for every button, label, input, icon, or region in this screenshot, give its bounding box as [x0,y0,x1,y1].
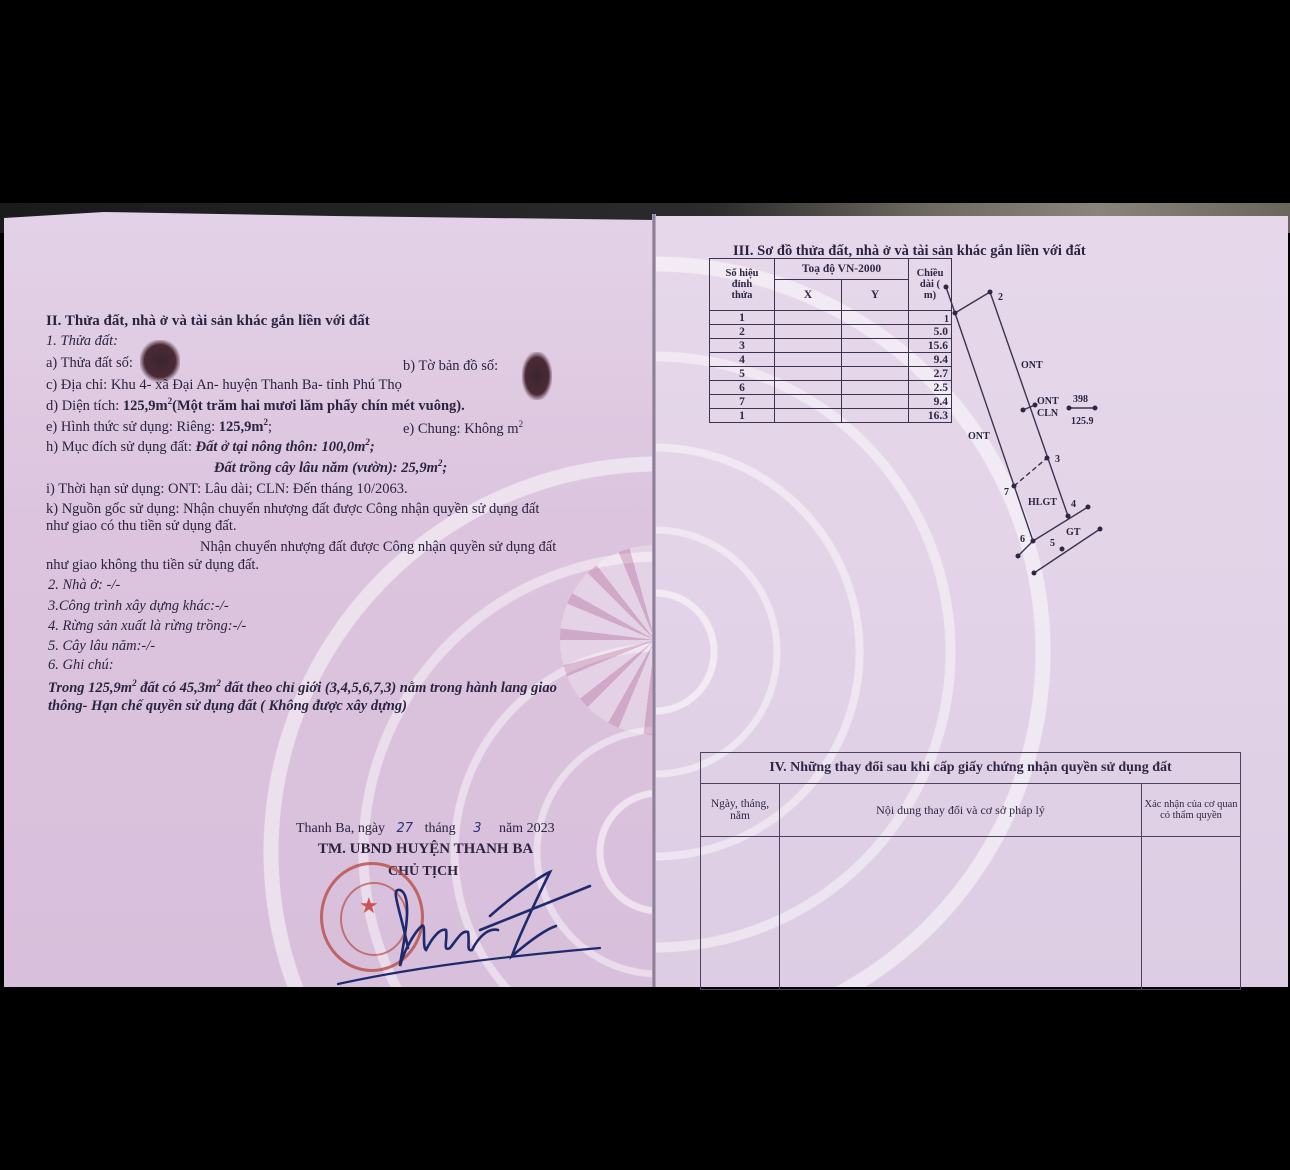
place-date-prefix: Thanh Ba, ngày [296,821,385,836]
coordinate-cell-y [842,311,909,325]
map-sheet-label: b) Tờ bản đồ số: [403,357,498,375]
issue-day: 27 [397,821,414,836]
coordinate-row: 25.0 [710,325,952,339]
coordinate-cell-point: 4 [710,353,775,367]
header-x: X [775,280,842,311]
usage-form-value: 125,9m [219,419,264,435]
month-label: tháng [425,821,456,836]
coordinate-cell-point: 1 [710,311,775,325]
origin-line-4: như giao không thu tiền sử dụng đất. [46,556,259,574]
coordinate-table: Số hiệu đỉnh thửa Toạ độ VN-2000 Chiều d… [709,258,952,423]
coordinate-cell-point: 6 [710,381,775,395]
coordinate-cell-x [775,381,842,395]
perennial-tree-item: 5. Cây lâu năm:-/- [48,637,155,655]
subsection-land-parcel: 1. Thửa đất: [46,332,118,350]
note-text: đất theo chỉ giới (3,4,5,6,7,3) nằm tron… [221,680,557,696]
coordinate-cell-x [775,325,842,339]
signature [330,868,610,988]
label-hlgt: HLGT [1028,494,1057,512]
origin-line-3: Nhận chuyển nhượng đất được Công nhận qu… [200,538,556,556]
parcel-number-label: a) Thửa đất số: [46,354,133,372]
coordinate-cell-point: 7 [710,395,775,409]
coordinate-row: 315.6 [710,339,952,353]
coordinate-row: 79.4 [710,395,952,409]
term-line: i) Thời hạn sử dụng: ONT: Lâu dài; CLN: … [46,480,408,498]
changes-cell-confirm [1142,837,1241,990]
coordinate-cell-x [775,395,842,409]
label-cln: CLN [1037,405,1058,423]
coordinate-cell-y [842,381,909,395]
forest-item: 4. Rừng sản xuất là rừng trồng:-/- [48,617,246,635]
coordinate-cell-point: 3 [710,339,775,353]
col-date-header: Ngày, tháng, năm [701,784,780,837]
purpose-perennial: Đất trồng cây lâu năm (vườn): 25,9m2; [214,459,447,477]
place-date: Thanh Ba, ngày 27 tháng 3 năm 2023 [296,820,555,838]
address-line: c) Địa chỉ: Khu 4- xã Đại An- huyện Than… [46,376,402,394]
area-label: d) Diện tích: [46,398,123,414]
coordinate-cell-point: 5 [710,367,775,381]
house-item: 2. Nhà ở: -/- [48,576,120,594]
coordinate-cell-x [775,311,842,325]
vertex-7-label: 7 [1004,484,1009,502]
coordinate-cell-point: 1 [710,409,775,423]
coordinate-cell-y [842,395,909,409]
col-confirm-header: Xác nhận của cơ quan có thẩm quyền [1142,784,1241,837]
purpose-line: h) Mục đích sử dụng đất: Đất ở tại nông … [46,438,375,456]
label-gt: GT [1066,524,1080,542]
note-line-1: Trong 125,9m2 đất có 45,3m2 đất theo chỉ… [48,679,557,697]
header-coords: Toạ độ VN-2000 [775,259,909,280]
vertex-1-label: 1 [944,311,949,329]
coordinate-cell-y [842,353,909,367]
section-ii-title: II. Thửa đất, nhà ở và tài sản khác gắn … [46,312,370,330]
parcel-diagram [930,275,1130,585]
coordinate-row: 1 [710,311,952,325]
coordinate-cell-y [842,325,909,339]
coordinate-cell-x [775,367,842,381]
changes-table-title: IV. Những thay đổi sau khi cấp giấy chứn… [701,753,1241,784]
changes-cell-date [701,837,780,990]
issuing-authority: TM. UBND HUYỆN THANH BA [318,840,533,858]
punct: ; [442,460,447,476]
issue-year: năm 2023 [499,821,555,836]
page-fold [652,214,656,987]
superscript: 2 [519,419,524,429]
vertex-6-label: 6 [1020,531,1025,549]
coordinate-row: 52.7 [710,367,952,381]
area-value: 125,9m [123,398,168,414]
note-line-2: thông- Hạn chế quyền sử dụng đất ( Không… [48,697,407,715]
coordinate-cell-x [775,353,842,367]
purpose-perennial-text: Đất trồng cây lâu năm (vườn): 25,9m [214,460,438,476]
punct: ; [370,439,375,455]
purpose-label: h) Mục đích sử dụng đất: [46,439,196,455]
notes-item: 6. Ghi chú: [48,656,114,674]
usage-form-label: e) Hình thức sử dụng: Riêng: [46,419,219,435]
changes-cell-content [780,837,1142,990]
label-ont-left: ONT [968,428,990,446]
coordinate-cell-y [842,409,909,423]
note-text: Trong 125,9m [48,680,132,696]
changes-table: IV. Những thay đổi sau khi cấp giấy chứn… [700,752,1241,990]
area-in-words: (Một trăm hai mươi lăm phẩy chín mét vuô… [172,398,465,414]
area-line: d) Diện tích: 125,9m2(Một trăm hai mươi … [46,397,465,415]
coordinate-row: 49.4 [710,353,952,367]
col-content-header: Nội dung thay đổi và cơ sở pháp lý [780,784,1142,837]
vertex-4-label: 4 [1071,496,1076,514]
coordinate-cell-point: 2 [710,325,775,339]
vertex-3-label: 3 [1055,451,1060,469]
origin-line-2: như giao có thu tiền sử dụng đất. [46,517,237,535]
coordinate-cell-x [775,409,842,423]
coordinate-cell-x [775,339,842,353]
usage-form-line: e) Hình thức sử dụng: Riêng: 125,9m2; [46,418,272,436]
header-vertex-id: Số hiệu đỉnh thửa [710,259,775,311]
other-construction-item: 3.Công trình xây dựng khác:-/- [48,597,229,615]
origin-line-1: k) Nguồn gốc sử dụng: Nhận chuyển nhượng… [46,500,539,518]
vertex-2-label: 2 [998,289,1003,307]
label-parcel-number: 398 [1073,391,1088,409]
coordinate-row: 116.3 [710,409,952,423]
common-usage: e) Chung: Không m2 [403,420,523,438]
vertex-5-label: 5 [1050,535,1055,553]
punct: ; [268,419,272,435]
issue-month: 3 [473,821,481,836]
label-ont-right: ONT [1021,357,1043,375]
label-parcel-area: 125.9 [1071,413,1094,431]
common-usage-text: e) Chung: Không m [403,421,519,437]
note-text: đất có 45,3m [137,680,217,696]
purpose-residential: Đất ở tại nông thôn: 100,0m [196,439,366,455]
coordinate-row: 62.5 [710,381,952,395]
header-y: Y [842,280,909,311]
redaction-blot [522,352,552,400]
coordinate-cell-y [842,339,909,353]
coordinate-cell-y [842,367,909,381]
